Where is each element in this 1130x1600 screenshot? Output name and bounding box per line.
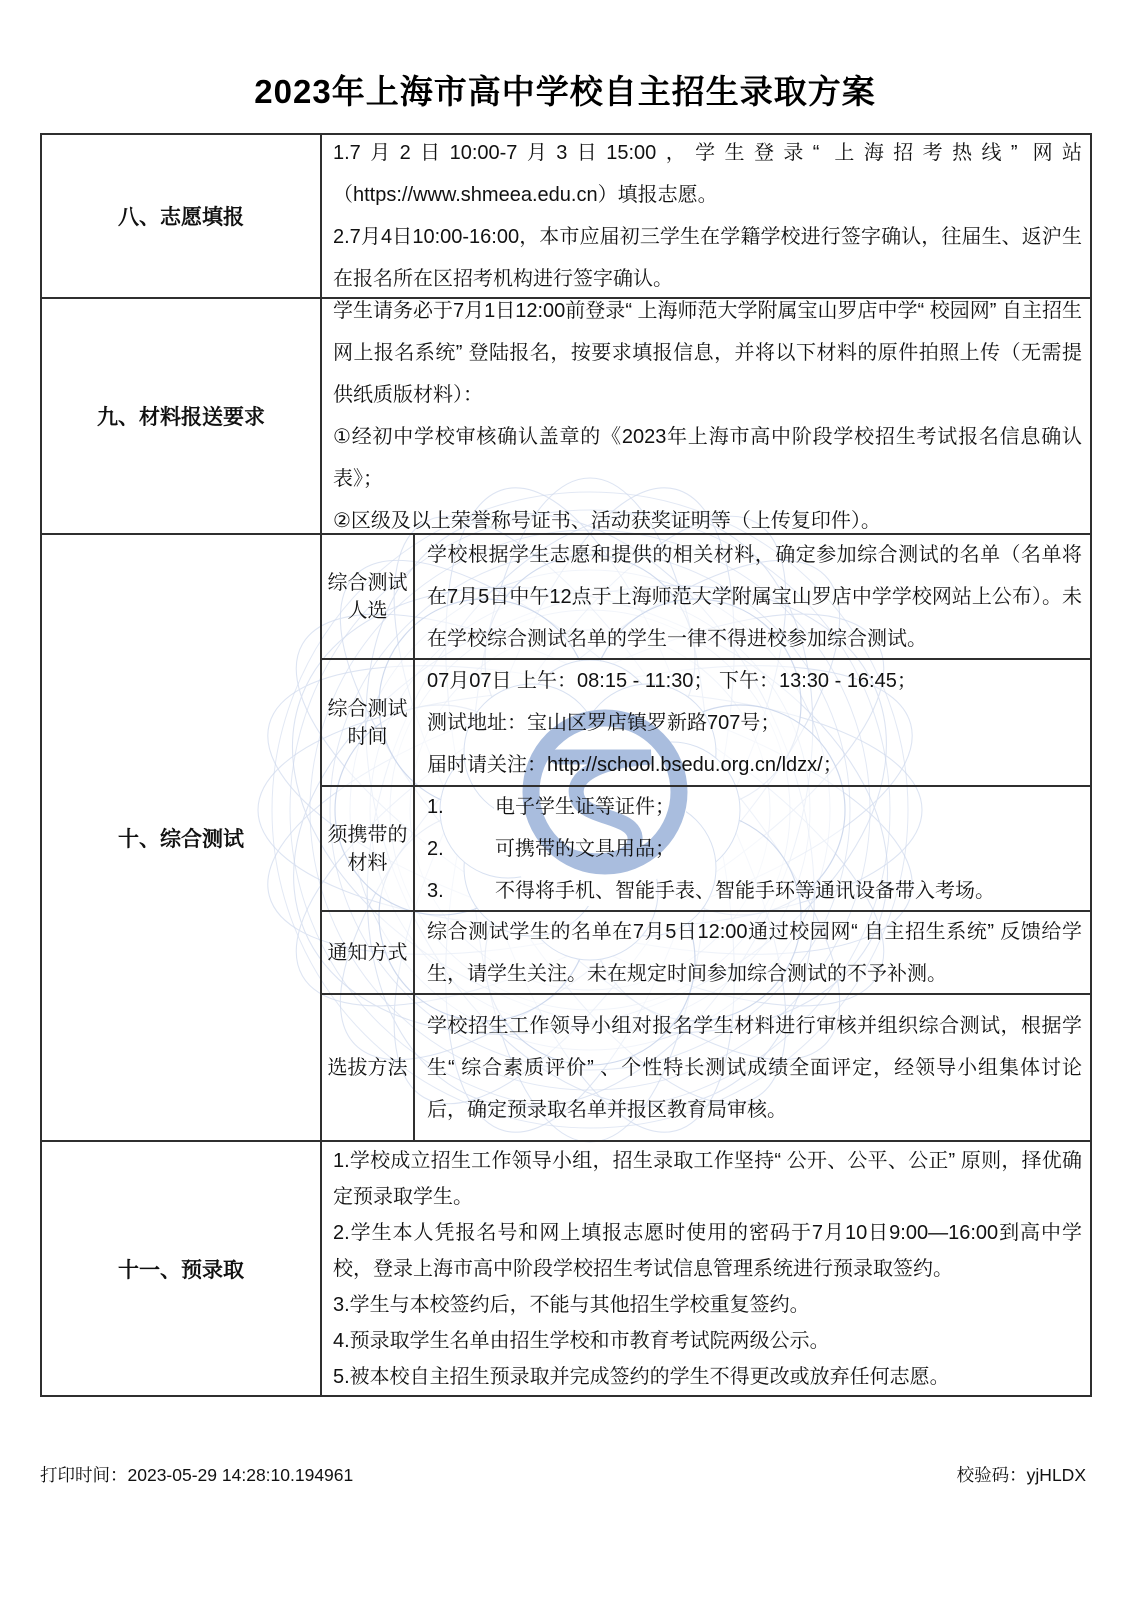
subrow-label-test-time: 综合测试时间: [322, 660, 415, 785]
subrow-content-selection-method: 学校招生工作领导小组对报名学生材料进行审核并组织综合测试，根据学生“ 综合素质评…: [415, 995, 1090, 1140]
list-text: 电子学生证等证件；: [495, 786, 1082, 828]
list-item: 3. 不得将手机、智能手表、智能手环等通讯设备带入考场。: [427, 870, 1082, 912]
cell-paragraph: 07月07日 上午：08:15 - 11:30； 下午：13:30 - 16:4…: [427, 660, 1082, 702]
admission-plan-table: 八、志愿填报 1.7月2日10:00-7月3日15:00，学生登录“ 上海招考热…: [40, 133, 1092, 1397]
subrow-content-test-time: 07月07日 上午：08:15 - 11:30； 下午：13:30 - 16:4…: [415, 660, 1090, 785]
subrow-candidates: 综合测试人选 学校根据学生志愿和提供的相关材料，确定参加综合测试的名单（名单将在…: [322, 535, 1090, 660]
cell-paragraph: 届时请关注：http://school.bsedu.org.cn/ldzx/；: [427, 744, 1082, 786]
table-row: 十、综合测试 综合测试人选 学校根据学生志愿和提供的相关材料，确定参加综合测试的…: [42, 535, 1090, 1142]
comprehensive-test-subrows: 综合测试人选 学校根据学生志愿和提供的相关材料，确定参加综合测试的名单（名单将在…: [322, 535, 1090, 1140]
row-content-preadmission: 1.学校成立招生工作领导小组，招生录取工作坚持“ 公开、公平、公正” 原则，择优…: [322, 1142, 1090, 1395]
checksum-label: 校验码：: [957, 1465, 1027, 1485]
subrow-label-materials-to-bring: 须携带的材料: [322, 787, 415, 910]
cell-paragraph: 测试地址：宝山区罗店镇罗新路707号；: [427, 702, 1082, 744]
cell-paragraph: 4.预录取学生名单由招生学校和市教育考试院两级公示。: [333, 1323, 1082, 1359]
row-content-volunteer-filing: 1.7月2日10:00-7月3日15:00，学生登录“ 上海招考热线” 网站（h…: [322, 135, 1090, 297]
subrow-test-time: 综合测试时间 07月07日 上午：08:15 - 11:30； 下午：13:30…: [322, 660, 1090, 787]
cell-paragraph: 2.学生本人凭报名号和网上填报志愿时使用的密码于7月10日9:00—16:00到…: [333, 1215, 1082, 1287]
table-row: 八、志愿填报 1.7月2日10:00-7月3日15:00，学生登录“ 上海招考热…: [42, 135, 1090, 299]
subrow-content-candidates: 学校根据学生志愿和提供的相关材料，确定参加综合测试的名单（名单将在7月5日中午1…: [415, 535, 1090, 658]
table-row: 九、材料报送要求 学生请务必于7月1日12:00前登录“ 上海师范大学附属宝山罗…: [42, 299, 1090, 535]
subrow-content-notification: 综合测试学生的名单在7月5日12:00通过校园网“ 自主招生系统” 反馈给学生，…: [415, 912, 1090, 993]
list-number: 1.: [427, 786, 495, 828]
subrow-notification: 通知方式 综合测试学生的名单在7月5日12:00通过校园网“ 自主招生系统” 反…: [322, 912, 1090, 995]
list-item: 2. 可携带的文具用品；: [427, 828, 1082, 870]
subrow-materials-to-bring: 须携带的材料 1. 电子学生证等证件； 2. 可携带的文具用品； 3. 不得将手…: [322, 787, 1090, 912]
row-label-volunteer-filing: 八、志愿填报: [42, 135, 322, 297]
cell-paragraph: 综合测试学生的名单在7月5日12:00通过校园网“ 自主招生系统” 反馈给学生，…: [427, 911, 1082, 995]
row-label-preadmission: 十一、预录取: [42, 1142, 322, 1395]
list-text: 可携带的文具用品；: [495, 828, 1082, 870]
cell-paragraph: ①经初中学校审核确认盖章的《2023年上海市高中阶段学校招生考试报名信息确认表》…: [333, 416, 1082, 500]
checksum-value: yjHLDX: [1027, 1465, 1086, 1485]
page-title: 2023年上海市高中学校自主招生录取方案: [0, 66, 1130, 113]
print-time-value: 2023-05-29 14:28:10.194961: [128, 1465, 354, 1485]
subrow-label-selection-method: 选拔方法: [322, 995, 415, 1140]
row-label-comprehensive-test: 十、综合测试: [42, 535, 322, 1140]
cell-paragraph: 1.学校成立招生工作领导小组，招生录取工作坚持“ 公开、公平、公正” 原则，择优…: [333, 1143, 1082, 1215]
subrow-label-candidates: 综合测试人选: [322, 535, 415, 658]
list-number: 2.: [427, 828, 495, 870]
cell-paragraph: 2.7月4日10:00-16:00，本市应届初三学生在学籍学校进行签字确认，往届…: [333, 216, 1082, 300]
table-row: 十一、预录取 1.学校成立招生工作领导小组，招生录取工作坚持“ 公开、公平、公正…: [42, 1142, 1090, 1395]
row-label-materials-submission: 九、材料报送要求: [42, 299, 322, 533]
cell-paragraph: 1.7月2日10:00-7月3日15:00，学生登录“ 上海招考热线” 网站（h…: [333, 132, 1082, 216]
subrow-selection-method: 选拔方法 学校招生工作领导小组对报名学生材料进行审核并组织综合测试，根据学生“ …: [322, 995, 1090, 1140]
row-content-materials-submission: 学生请务必于7月1日12:00前登录“ 上海师范大学附属宝山罗店中学“ 校园网”…: [322, 299, 1090, 533]
cell-paragraph: 学生请务必于7月1日12:00前登录“ 上海师范大学附属宝山罗店中学“ 校园网”…: [333, 290, 1082, 416]
cell-paragraph: 学校招生工作领导小组对报名学生材料进行审核并组织综合测试，根据学生“ 综合素质评…: [427, 1005, 1082, 1131]
cell-paragraph: 学校根据学生志愿和提供的相关材料，确定参加综合测试的名单（名单将在7月5日中午1…: [427, 534, 1082, 660]
subrow-content-materials-to-bring: 1. 电子学生证等证件； 2. 可携带的文具用品； 3. 不得将手机、智能手表、…: [415, 787, 1090, 910]
list-item: 1. 电子学生证等证件；: [427, 786, 1082, 828]
checksum: 校验码：yjHLDX: [957, 1462, 1086, 1487]
cell-paragraph: 3.学生与本校签约后，不能与其他招生学校重复签约。: [333, 1287, 1082, 1323]
list-text: 不得将手机、智能手表、智能手环等通讯设备带入考场。: [495, 870, 1082, 912]
list-number: 3.: [427, 870, 495, 912]
subrow-label-notification: 通知方式: [322, 912, 415, 993]
print-time: 打印时间：2023-05-29 14:28:10.194961: [40, 1462, 353, 1487]
print-time-label: 打印时间：: [40, 1465, 128, 1485]
cell-paragraph: 5.被本校自主招生预录取并完成签约的学生不得更改或放弃任何志愿。: [333, 1359, 1082, 1395]
